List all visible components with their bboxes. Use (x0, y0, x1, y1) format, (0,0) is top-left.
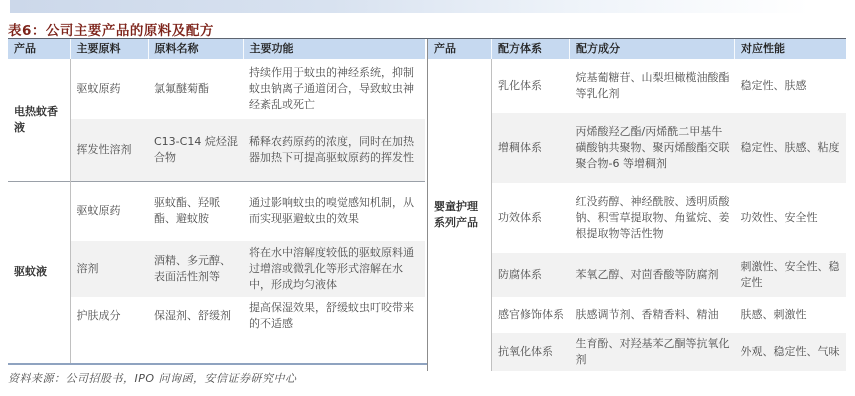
column-header: 原料名称 (148, 39, 243, 59)
ingredients-cell: 生育酚、对羟基苯乙酮等抗氧化剂 (570, 333, 735, 371)
performance-cell: 刺激性、安全性、稳定性 (735, 253, 846, 297)
system-cell: 抗氧化体系 (492, 333, 570, 371)
table-row: 电热蚊香液驱蚊原药氯氟醚菊酯持续作用于蚊虫的神经系统，抑制蚊虫钠离子通道闭合，导… (8, 59, 425, 119)
performance-cell: 外观、稳定性、气味 (735, 333, 846, 371)
report-figure: 表6：公司主要产品的原料及配方 产品主要原料原料名称主要功能电热蚊香液驱蚊原药氯… (0, 0, 855, 396)
table-row: 溶剂酒精、多元醇、表面活性剂等将在水中溶解度较低的驱蚊原料通过增溶或微乳化等形式… (8, 241, 425, 297)
column-header: 产品 (428, 39, 492, 59)
material-cell: 驱蚊原药 (70, 181, 148, 241)
table-row: 驱蚊液驱蚊原药驱蚊酯、羟哌酯、避蚊胺通过影响蚊虫的嗅觉感知机制，从而实现驱避蚊虫… (8, 181, 425, 241)
function-cell: 持续作用于蚊虫的神经系统，抑制蚊虫钠离子通道闭合，导致蚊虫神经紊乱或死亡 (243, 59, 425, 119)
function-cell: 通过影响蚊虫的嗅觉感知机制，从而实现驱避蚊虫的效果 (243, 181, 425, 241)
empty-cell (243, 335, 425, 363)
performance-cell: 稳定性、肤感、粘度 (735, 113, 846, 183)
performance-cell: 肤感、刺激性 (735, 297, 846, 333)
tables-container: 产品主要原料原料名称主要功能电热蚊香液驱蚊原药氯氟醚菊酯持续作用于蚊虫的神经系统… (8, 38, 846, 365)
product-name-cell: 婴童护理系列产品 (428, 59, 492, 371)
ingredients-cell: 苯氧乙醇、对茴香酸等防腐剂 (570, 253, 735, 297)
ingredients-cell: 烷基葡糖苷、山梨坦橄榄油酸酯等乳化剂 (570, 59, 735, 113)
material-cell: 溶剂 (70, 241, 148, 297)
table-row: 婴童护理系列产品乳化体系烷基葡糖苷、山梨坦橄榄油酸酯等乳化剂稳定性、肤感 (428, 59, 846, 113)
material-cell: 挥发性溶剂 (70, 119, 148, 181)
name-cell: 保湿剂、舒缓剂 (148, 297, 243, 335)
column-header: 主要功能 (243, 39, 425, 59)
name-cell: 酒精、多元醇、表面活性剂等 (148, 241, 243, 297)
table-title: 表6：公司主要产品的原料及配方 (8, 19, 214, 39)
formula-table: 产品配方体系配方成分对应性能婴童护理系列产品乳化体系烷基葡糖苷、山梨坦橄榄油酸酯… (427, 39, 846, 371)
function-cell: 将在水中溶解度较低的驱蚊原料通过增溶或微乳化等形式溶解在水中，形成均匀液体 (243, 241, 425, 297)
product-name-cell: 驱蚊液 (8, 181, 70, 363)
table-row: 挥发性溶剂C13-C14 烷烃混合物稀释农药原药的浓度，同时在加热器加热下可提高… (8, 119, 425, 181)
empty-cell (70, 335, 148, 363)
ingredients-cell: 肤感调节剂、香精香料、精油 (570, 297, 735, 333)
product-name-cell: 电热蚊香液 (8, 59, 70, 181)
column-header: 配方成分 (570, 39, 735, 59)
decorative-gradient-bar (10, 0, 810, 13)
header-row: 产品配方体系配方成分对应性能 (428, 39, 846, 59)
system-cell: 乳化体系 (492, 59, 570, 113)
header-row: 产品主要原料原料名称主要功能 (8, 39, 425, 59)
name-cell: 驱蚊酯、羟哌酯、避蚊胺 (148, 181, 243, 241)
table-row: 护肤成分保湿剂、舒缓剂提高保湿效果，舒缓蚊虫叮咬带来的不适感 (8, 297, 425, 335)
material-cell: 护肤成分 (70, 297, 148, 335)
name-cell: C13-C14 烷烃混合物 (148, 119, 243, 181)
system-cell: 增稠体系 (492, 113, 570, 183)
function-cell: 稀释农药原药的浓度，同时在加热器加热下可提高驱蚊原药的挥发性 (243, 119, 425, 181)
column-header: 产品 (8, 39, 70, 59)
column-header: 配方体系 (492, 39, 570, 59)
column-header: 对应性能 (735, 39, 846, 59)
empty-cell (148, 335, 243, 363)
materials-table: 产品主要原料原料名称主要功能电热蚊香液驱蚊原药氯氟醚菊酯持续作用于蚊虫的神经系统… (8, 39, 425, 363)
system-cell: 防腐体系 (492, 253, 570, 297)
source-note: 资料来源：公司招股书，IPO 问询函，安信证券研究中心 (8, 370, 297, 386)
ingredients-cell: 丙烯酸羟乙酯/丙烯酰二甲基牛磺酸钠共聚物、聚丙烯酸酯交联聚合物-6 等增稠剂 (570, 113, 735, 183)
material-cell: 驱蚊原药 (70, 59, 148, 119)
ingredients-cell: 红没药醇、神经酰胺、透明质酸钠、积雪草提取物、角鲨烷、姜根提取物等活性物 (570, 183, 735, 253)
function-cell: 提高保湿效果，舒缓蚊虫叮咬带来的不适感 (243, 297, 425, 335)
column-header: 主要原料 (70, 39, 148, 59)
system-cell: 感官修饰体系 (492, 297, 570, 333)
system-cell: 功效体系 (492, 183, 570, 253)
name-cell: 氯氟醚菊酯 (148, 59, 243, 119)
performance-cell: 功效性、安全性 (735, 183, 846, 253)
performance-cell: 稳定性、肤感 (735, 59, 846, 113)
filler-row (8, 335, 425, 363)
